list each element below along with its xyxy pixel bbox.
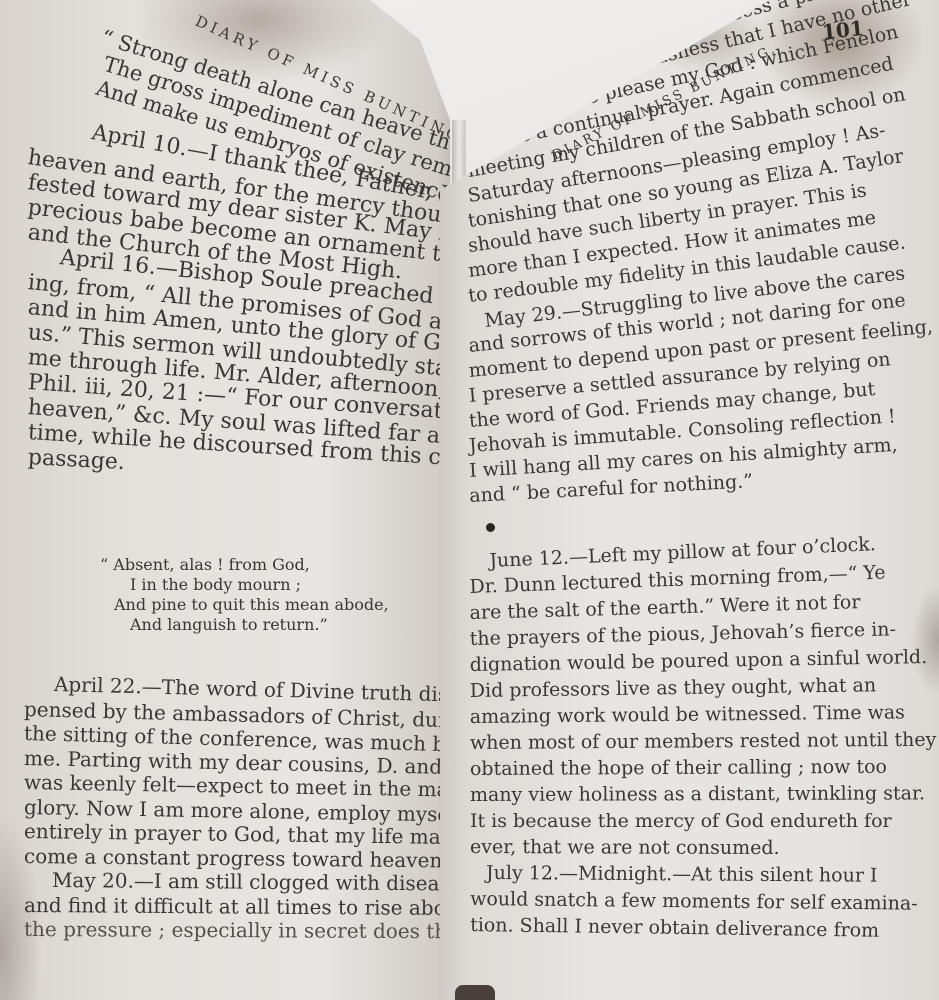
text-line: tion. Shall I never obtain deliverance f… xyxy=(470,912,937,945)
poem-line: And languish to return.” xyxy=(130,615,389,635)
left-page: DIARY OF MISS BUNTING. “ Strong death al… xyxy=(0,0,455,1000)
poem-line: I in the body mourn ; xyxy=(130,575,389,595)
right-entries-bottom: June 12.—Left my pillow at four o’clock.… xyxy=(470,548,936,938)
poem-line: “ Absent, alas ! from God, xyxy=(100,555,389,575)
left-entries-bottom: April 22.—The word of Divine truth dis- … xyxy=(24,672,455,942)
text-line: May 20.—I am still clogged with disease, xyxy=(52,868,455,896)
right-entries-top: langour trouble me ; yet possess a pleas… xyxy=(470,218,936,509)
text-line: many view holiness as a distant, twinkli… xyxy=(470,780,937,808)
book-cover-edge xyxy=(455,985,495,1000)
text-line: when most of our members rested not unti… xyxy=(470,727,937,756)
ink-spot xyxy=(486,523,495,532)
text-line: ever, that we are not consumed. xyxy=(470,834,937,862)
right-page: DIARY OF MISS BUNTING. 101 langour troub… xyxy=(440,0,939,1000)
text-line: obtained the hope of their calling ; now… xyxy=(470,754,937,782)
text-line: the pressure ; especially in secret does… xyxy=(24,917,455,944)
text-line: amazing work would be witnessed. Time wa… xyxy=(470,699,937,730)
text-line: and find it difficult at all times to ri… xyxy=(24,893,455,921)
hymn-quote: “ Absent, alas ! from God, I in the body… xyxy=(100,555,389,635)
text-line: It is because the mercy of God endureth … xyxy=(470,808,936,834)
poem-line: And pine to quit this mean abode, xyxy=(114,595,389,615)
text-line: July 12.—Midnight.—At this silent hour I xyxy=(486,860,937,889)
left-entries-top: April 10.—I thank thee, Father, Lord of … xyxy=(28,120,455,470)
